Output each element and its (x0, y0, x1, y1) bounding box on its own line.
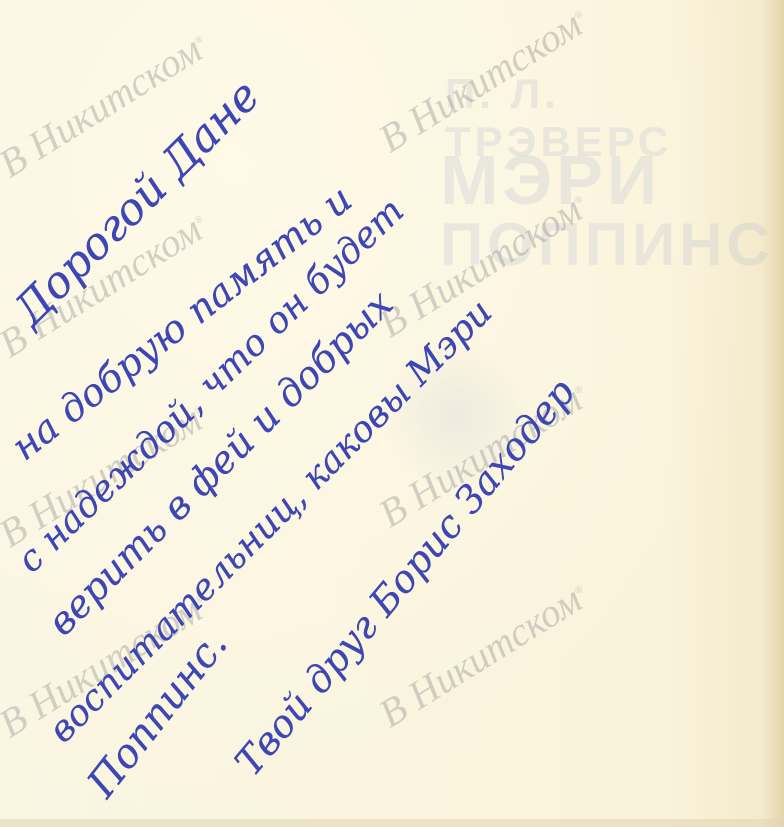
page-bottom-edge (0, 819, 784, 827)
book-page: П. Л. ТРЭВЕРС МЭРИ ПОППИНС В Никитском® … (0, 0, 784, 827)
